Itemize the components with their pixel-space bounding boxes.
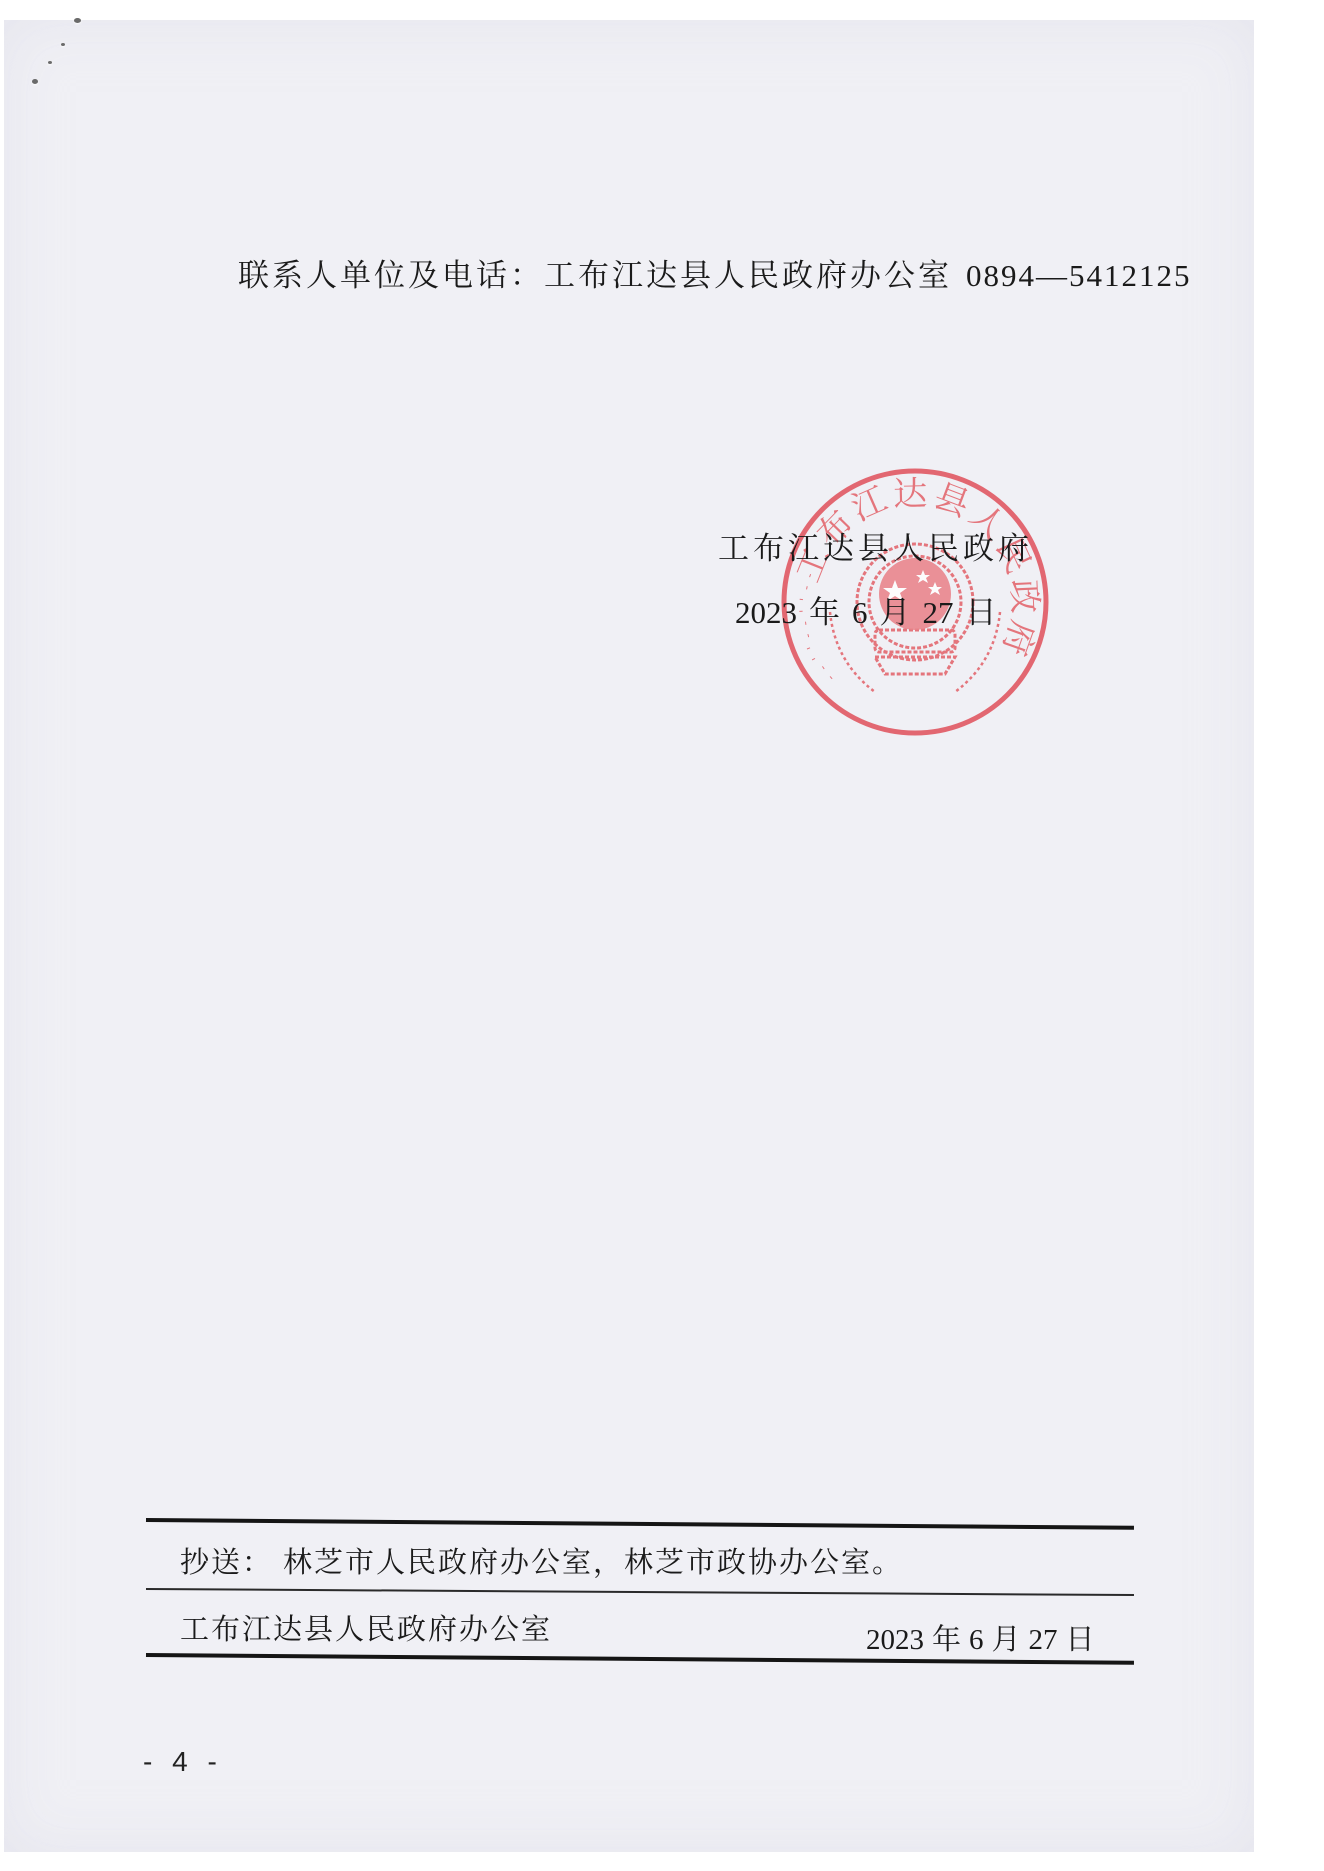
issuing-office: 工布江达县人民政府办公室 xyxy=(180,1607,552,1648)
punch-hole-mark xyxy=(74,18,81,23)
contact-phone: 0894—5412125 xyxy=(966,258,1192,293)
contact-label: 联系人单位及电话： xyxy=(238,258,544,294)
issue-month-unit: 月 xyxy=(992,1624,1021,1656)
sign-year-unit: 年 xyxy=(809,595,840,630)
issue-month: 6 xyxy=(969,1624,984,1656)
issue-day-unit: 日 xyxy=(1066,1624,1095,1656)
issue-year: 2023 xyxy=(866,1624,924,1656)
contact-info-line: 联系人单位及电话：工布江达县人民政府办公室0894—5412125 xyxy=(238,250,1192,295)
cc-label: 抄送： xyxy=(180,1545,273,1579)
sign-day-unit: 日 xyxy=(966,595,997,630)
sign-day: 27 xyxy=(923,595,954,630)
issue-day: 27 xyxy=(1029,1624,1058,1656)
contact-unit: 工布江达县人民政府办公室 xyxy=(544,258,952,294)
sign-year: 2023 xyxy=(735,595,797,630)
page-number: - 4 - xyxy=(143,1746,223,1778)
issue-year-unit: 年 xyxy=(932,1624,961,1656)
signing-authority: 工布江达县人民政府 xyxy=(718,523,1033,568)
sign-month: 6 xyxy=(852,595,868,630)
cc-recipients: 林芝市人民政府办公室，林芝市政协办公室。 xyxy=(283,1545,903,1579)
issue-date: 2023年6月27日 xyxy=(866,1617,1103,1658)
punch-hole-mark xyxy=(32,79,38,84)
sign-month-unit: 月 xyxy=(880,595,911,630)
punch-hole-mark xyxy=(61,43,65,46)
signing-date: 2023年6月27日 xyxy=(735,587,1009,632)
cc-line: 抄送：林芝市人民政府办公室，林芝市政协办公室。 xyxy=(180,1540,903,1581)
scan-margin xyxy=(1020,0,1324,22)
punch-hole-mark xyxy=(48,61,52,64)
